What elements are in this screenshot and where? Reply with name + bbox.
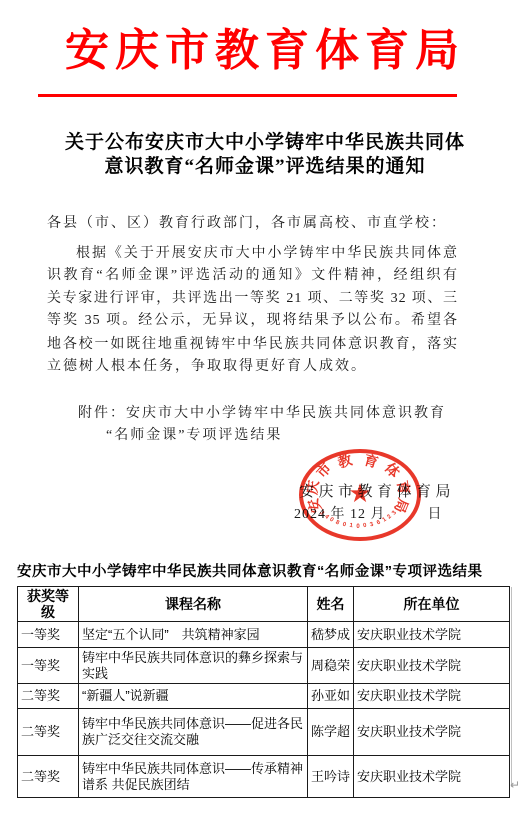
table-row: 一等奖坚定“五个认同” 共筑精神家园嵇梦成安庆职业技术学院 <box>18 622 510 648</box>
seal-code-digit: 1 <box>347 523 354 531</box>
header-award: 获奖等级 <box>18 587 79 622</box>
header-name: 姓名 <box>308 587 354 622</box>
unit-cell: 安庆职业技术学院 <box>354 622 510 648</box>
unit-cell: 安庆职业技术学院 <box>354 709 510 756</box>
course-cell: 铸牢中华民族共同体意识的彝乡探索与实践 <box>79 648 308 684</box>
body-line: 地各校一如既往地重视铸牢中华民族共同体意识教育，落实 <box>47 333 458 353</box>
notice-title: 关于公布安庆市大中小学铸牢中华民族共同体 意识教育“名师金课”评选结果的通知 <box>0 131 530 179</box>
unit-cell: 安庆职业技术学院 <box>354 648 510 684</box>
paragraph-return-mark: ↵ <box>510 778 520 792</box>
signature-date-suffix: 日 <box>428 503 443 523</box>
table-edge-hairline <box>511 587 512 787</box>
body-line: 根据《关于开展安庆市大中小学铸牢中华民族共同体意 <box>47 242 458 262</box>
seal-ring-char: 庆 <box>304 479 321 495</box>
name-cell: 陈学超 <box>308 709 354 756</box>
body-line: 识教育“名师金课”评选活动的通知》文件精神，经组织有 <box>47 264 458 284</box>
unit-cell: 安庆职业技术学院 <box>354 756 510 798</box>
results-table: 获奖等级 课程名称 姓名 所在单位 一等奖坚定“五个认同” 共筑精神家园嵇梦成安… <box>17 586 510 798</box>
document-page: 安庆市教育体育局 关于公布安庆市大中小学铸牢中华民族共同体 意识教育“名师金课”… <box>0 0 530 818</box>
name-cell: 王吟诗 <box>308 756 354 798</box>
award-cell: 一等奖 <box>18 648 79 684</box>
body-line: 关专家进行评审，共评选出一等奖 21 项、二等奖 32 项、三 <box>47 287 458 307</box>
course-cell: 铸牢中华民族共同体意识——促进各民族广泛交往交流交融 <box>79 709 308 756</box>
award-cell: 一等奖 <box>18 622 79 648</box>
results-table-header-row: 获奖等级 课程名称 姓名 所在单位 <box>18 587 510 622</box>
table-row: 二等奖铸牢中华民族共同体意识——促进各民族广泛交往交流交融陈学超安庆职业技术学院 <box>18 709 510 756</box>
award-cell: 二等奖 <box>18 684 79 709</box>
seal-code-digit: 0 <box>355 524 361 531</box>
name-cell: 孙亚如 <box>308 684 354 709</box>
course-cell: 铸牢中华民族共同体意识——传承精神谱系 共促民族团结 <box>79 756 308 798</box>
attachment-line2: “名师金课”专项评选结果 <box>106 424 282 444</box>
header-unit: 所在单位 <box>354 587 510 622</box>
course-cell: “新疆人”说新疆 <box>79 684 308 709</box>
table-row: 二等奖“新疆人”说新疆孙亚如安庆职业技术学院 <box>18 684 510 709</box>
body-line: 等奖 35 项。经公示，无异议，现将结果予以公布。希望各 <box>47 309 458 329</box>
results-table-title: 安庆市大中小学铸牢中华民族共同体意识教育“名师金课”专项评选结果 <box>17 560 483 581</box>
seal-ring-char: 育 <box>395 479 412 495</box>
body-line: 立德树人根本任务，争取取得更好育人成效。 <box>47 355 458 375</box>
attachment-line1: 附件：安庆市大中小学铸牢中华民族共同体意识教育 <box>78 402 446 422</box>
letterhead-red-rule <box>38 94 457 97</box>
name-cell: 嵇梦成 <box>308 622 354 648</box>
award-cell: 二等奖 <box>18 709 79 756</box>
official-seal: ★ 安庆市教育体育局3408010036123 <box>299 449 421 541</box>
course-cell: 坚定“五个认同” 共筑精神家园 <box>79 622 308 648</box>
letterhead-org-name: 安庆市教育体育局 <box>0 14 530 78</box>
notice-title-line2: 意识教育“名师金课”评选结果的通知 <box>0 155 530 179</box>
table-row: 一等奖铸牢中华民族共同体意识的彝乡探索与实践周稳荣安庆职业技术学院 <box>18 648 510 684</box>
table-row: 二等奖铸牢中华民族共同体意识——传承精神谱系 共促民族团结王吟诗安庆职业技术学院 <box>18 756 510 798</box>
name-cell: 周稳荣 <box>308 648 354 684</box>
unit-cell: 安庆职业技术学院 <box>354 684 510 709</box>
award-cell: 二等奖 <box>18 756 79 798</box>
salutation: 各县（市、区）教育行政部门，各市属高校、市直学校： <box>47 212 467 232</box>
header-course: 课程名称 <box>79 587 308 622</box>
notice-title-line1: 关于公布安庆市大中小学铸牢中华民族共同体 <box>0 131 530 155</box>
seal-star-icon: ★ <box>348 481 371 507</box>
